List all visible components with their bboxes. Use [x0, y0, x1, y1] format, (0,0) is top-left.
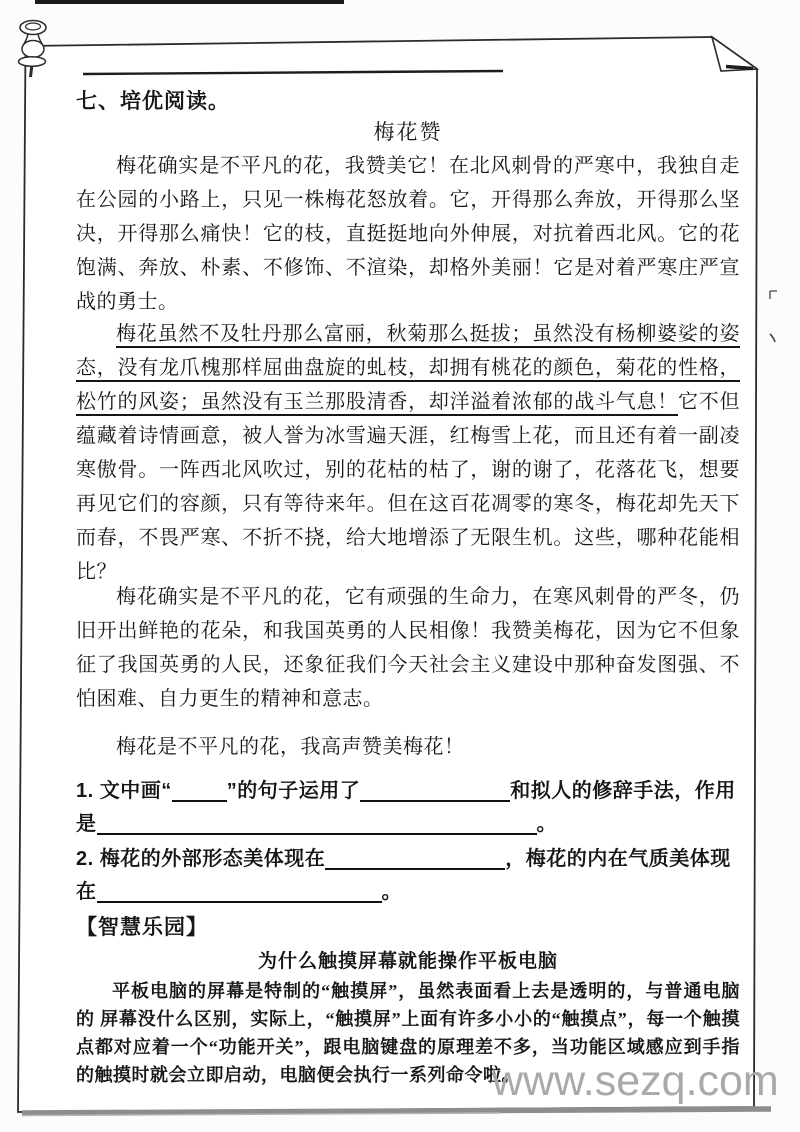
section-heading: 七、培优阅读。: [76, 85, 740, 115]
question-1: 1. 文中画“”的句子运用了和拟人的修辞手法，作用是。: [76, 775, 740, 841]
question-2-text: 。: [382, 881, 403, 903]
answer-blank-device: [360, 780, 510, 802]
underlined-sentence: 梅花虽然不及牡丹那么富丽，秋菊那么挺拔；虽然没有杨柳婆娑的姿态，没有龙爪槐那样屈…: [76, 323, 740, 413]
essay-paragraph-2: 梅花虽然不及牡丹那么富丽，秋菊那么挺拔；虽然没有杨柳婆娑的姿态，没有龙爪槐那样屈…: [76, 317, 740, 589]
answer-blank-outer-beauty: [325, 848, 505, 870]
essay-paragraph-4: 梅花是不平凡的花，我高声赞美梅花！: [76, 730, 740, 764]
answer-blank-inner-beauty: [97, 881, 382, 903]
question-1-text: 。: [537, 813, 558, 835]
smart-park-heading: 【智慧乐园】: [76, 911, 740, 941]
watermark: www.sezq.com: [492, 1060, 779, 1103]
scanned-worksheet-page: 七、培优阅读。 梅花赞 梅花确实是不平凡的花，我赞美它！在北风刺骨的严寒中，我独…: [0, 0, 800, 1132]
essay-paragraph-3: 梅花确实是不平凡的花，它有顽强的生命力，在寒风刺骨的严冬，仍旧开出鲜艳的花朵，和…: [76, 580, 740, 716]
paragraph-2-rest: 它不但蕴藏着诗情画意，被人誉为冰雪遍天涯，红梅雪上花，而且还有着一副凌寒傲骨。一…: [76, 391, 740, 583]
question-2: 2. 梅花的外部形态美体现在，梅花的内在气质美体现在。: [76, 843, 740, 909]
question-1-text: ”的句子运用了: [227, 780, 361, 802]
scan-artifact-tick: [770, 334, 775, 342]
essay-title: 梅花赞: [76, 116, 740, 146]
answer-blank-effect: [97, 813, 537, 835]
question-2-text: 2. 梅花的外部形态美体现在: [76, 848, 325, 870]
answer-blank-quoted: [172, 780, 227, 802]
scan-artifact-bracket: [770, 291, 777, 299]
smart-park-subtitle: 为什么触摸屏幕就能操作平板电脑: [76, 946, 740, 973]
essay-paragraph-1: 梅花确实是不平凡的花，我赞美它！在北风刺骨的严寒中，我独自走在公园的小路上，只见…: [76, 149, 740, 319]
question-1-text: 1. 文中画“: [76, 780, 172, 802]
